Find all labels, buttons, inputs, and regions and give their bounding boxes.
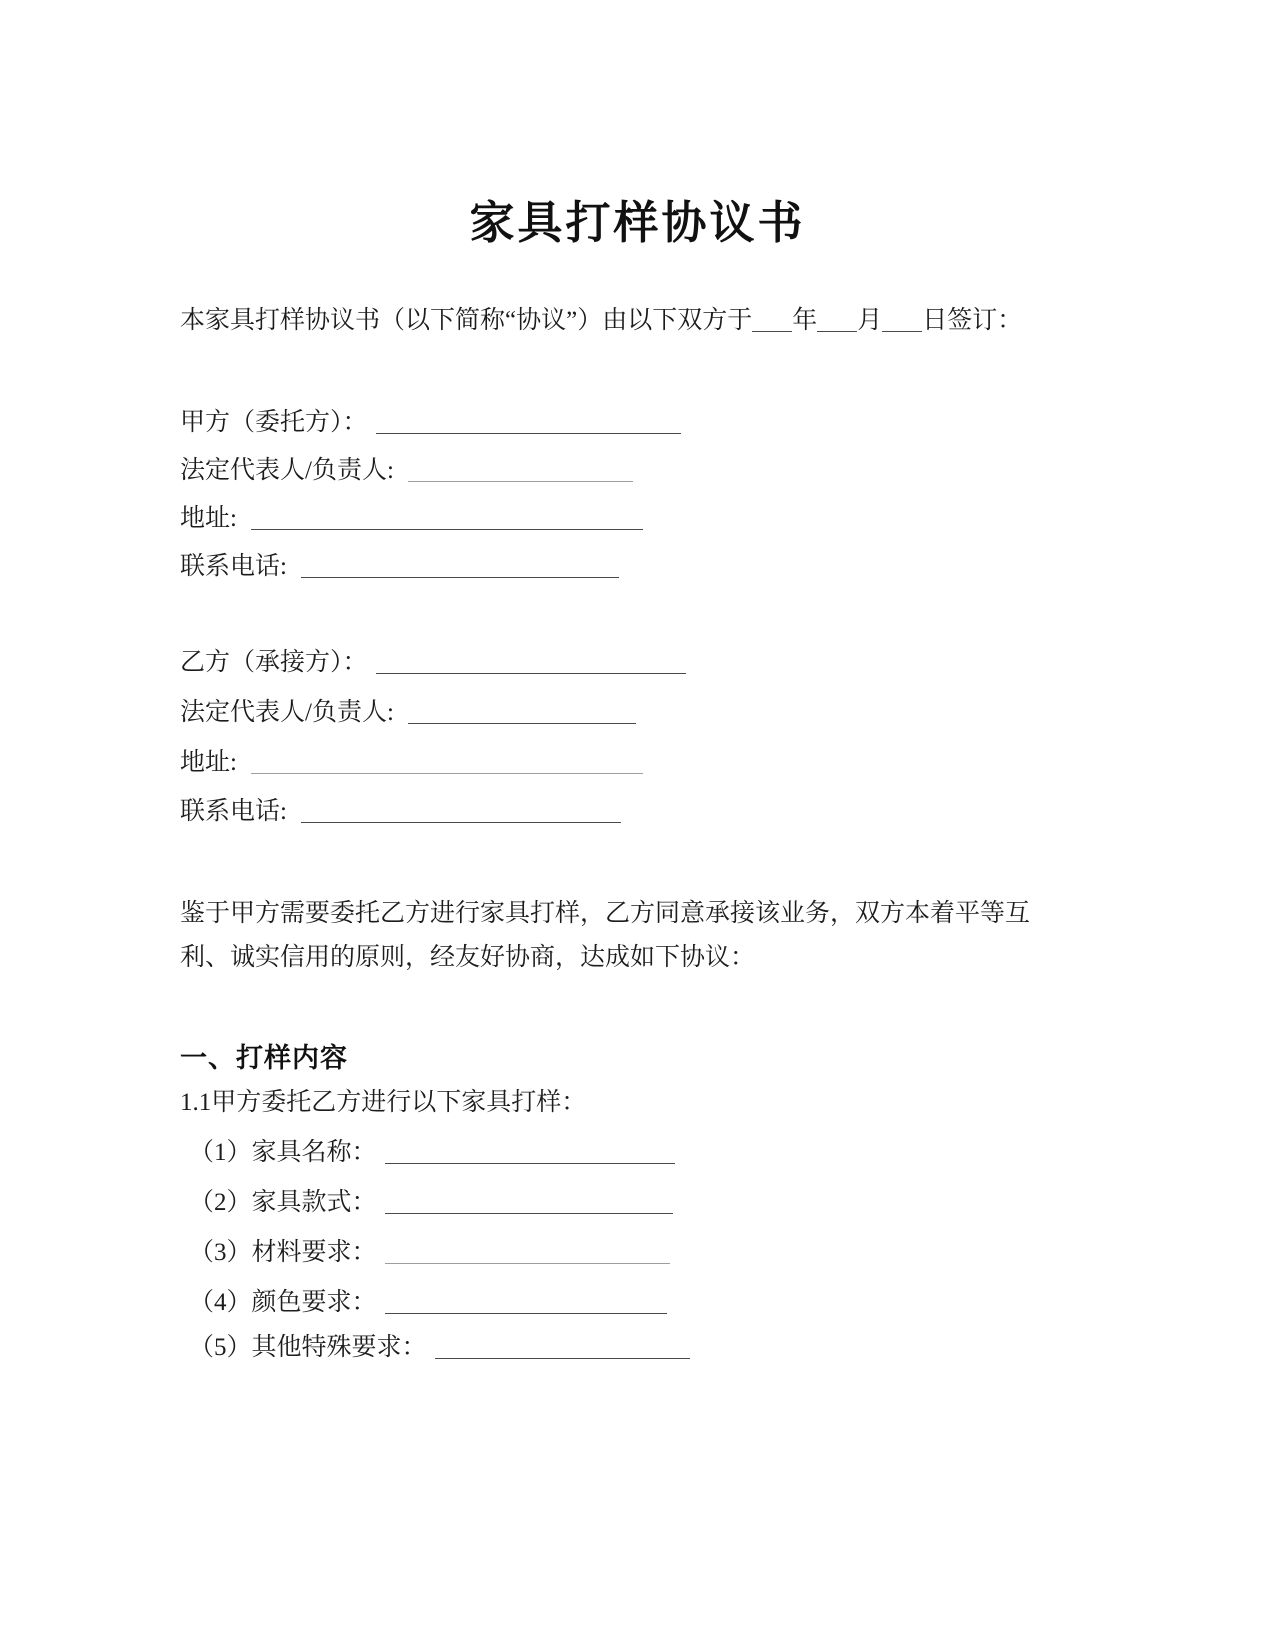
party-a-name-label: 甲方（委托方）：: [180, 409, 368, 436]
blank-month: [817, 309, 857, 332]
party-a-phone-row: 联系电话:: [180, 548, 619, 586]
blank-year: [752, 309, 792, 332]
item-material-req-row: （3）材料要求：: [189, 1234, 670, 1272]
party-b-name-label: 乙方（承接方）：: [180, 649, 368, 676]
party-a-phone-label: 联系电话:: [180, 553, 287, 580]
intro-lead-text: 本家具打样协议书（以下简称“协议”）由以下双方于: [180, 307, 752, 334]
item-material-req-label: （3）材料要求：: [189, 1239, 377, 1266]
intro-tail-text: 日签订：: [922, 307, 1022, 334]
blank-party-a-rep: [408, 459, 633, 482]
party-b-phone-row: 联系电话:: [180, 793, 621, 831]
item-color-req-row: （4）颜色要求：: [189, 1284, 667, 1322]
party-b-rep-label: 法定代表人/负责人:: [180, 699, 394, 726]
blank-party-b-name: [376, 651, 686, 674]
blank-party-b-rep: [408, 701, 636, 724]
party-a-address-label: 地址:: [180, 505, 237, 532]
blank-party-b-address: [251, 751, 643, 774]
intro-month-label: 月: [857, 307, 882, 334]
blank-special-req: [435, 1336, 690, 1359]
blank-furniture-style: [385, 1191, 673, 1214]
party-a-address-row: 地址:: [180, 500, 643, 538]
party-a-rep-row: 法定代表人/负责人:: [180, 452, 633, 490]
intro-year-label: 年: [792, 307, 817, 334]
item-furniture-style-row: （2）家具款式：: [189, 1184, 673, 1222]
blank-party-b-phone: [301, 800, 621, 823]
party-b-phone-label: 联系电话:: [180, 798, 287, 825]
party-b-rep-row: 法定代表人/负责人:: [180, 694, 636, 732]
party-a-name-row: 甲方（委托方）：: [180, 404, 681, 442]
blank-furniture-name: [385, 1141, 675, 1164]
blank-material-req: [385, 1241, 670, 1264]
blank-color-req: [385, 1291, 667, 1314]
item-special-req-row: （5）其他特殊要求：: [189, 1329, 690, 1367]
blank-party-a-phone: [301, 555, 619, 578]
blank-party-a-address: [251, 507, 643, 530]
item-furniture-name-row: （1）家具名称：: [189, 1134, 675, 1172]
clause-1-1: 1.1甲方委托乙方进行以下家具打样：: [180, 1084, 586, 1122]
item-special-req-label: （5）其他特殊要求：: [189, 1334, 427, 1361]
item-furniture-name-label: （1）家具名称：: [189, 1139, 377, 1166]
document-page: 家具打样协议书 本家具打样协议书（以下简称“协议”）由以下双方于年月日签订： 甲…: [0, 0, 1275, 1650]
item-furniture-style-label: （2）家具款式：: [189, 1189, 377, 1216]
document-title: 家具打样协议书: [0, 186, 1275, 251]
item-color-req-label: （4）颜色要求：: [189, 1289, 377, 1316]
party-a-rep-label: 法定代表人/负责人:: [180, 457, 394, 484]
blank-day: [882, 309, 922, 332]
blank-party-a-name: [376, 411, 681, 434]
party-b-address-row: 地址:: [180, 744, 643, 782]
party-b-name-row: 乙方（承接方）：: [180, 644, 686, 682]
party-b-address-label: 地址:: [180, 749, 237, 776]
recital-paragraph: 鉴于甲方需要委托乙方进行家具打样，乙方同意承接该业务，双方本着平等互利、诚实信用…: [180, 892, 1066, 980]
intro-paragraph: 本家具打样协议书（以下简称“协议”）由以下双方于年月日签订：: [180, 302, 1022, 340]
section-1-heading: 一、打样内容: [180, 1036, 348, 1075]
